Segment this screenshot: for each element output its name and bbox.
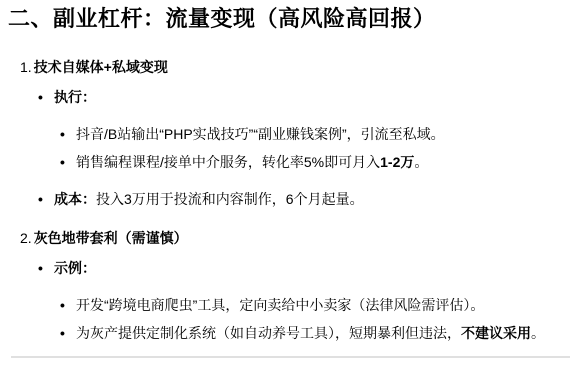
section-1-heading-text: 技术自媒体+私域变现 (34, 57, 168, 77)
list-item-exec: • 执行： • 抖音/B站输出“PHP实战技巧”“副业赚钱案例”，引流至私域。 … (38, 87, 570, 172)
section-2-bullet-list: • 示例： • 开发“跨境电商爬虫”工具，定向卖给中小卖家（法律风险需评估）。 … (38, 258, 570, 343)
section-2: 2. 灰色地带套利（需谨慎） • 示例： • 开发“跨境电商爬虫”工具，定向卖给… (20, 228, 570, 343)
list-item-crawler-content: 开发“跨境电商爬虫”工具，定向卖给中小卖家（法律风险需评估）。 (76, 295, 484, 315)
exec-sub-list: • 抖音/B站输出“PHP实战技巧”“副业赚钱案例”，引流至私域。 • 销售编程… (60, 124, 570, 172)
list-item-sales: • 销售编程课程/接单中介服务，转化率5%即可月入1-2万。 (60, 152, 570, 172)
list-item-cost: • 成本：投入3万用于投流和内容制作，6个月起量。 (38, 189, 570, 209)
list-item-douyin: • 抖音/B站输出“PHP实战技巧”“副业赚钱案例”，引流至私域。 (60, 124, 570, 144)
page-title: 二、副业杠杆：流量变现（高风险高回报） (8, 6, 570, 32)
bold-segment: 1-2万 (380, 154, 414, 170)
list-item-grey-industry-content: 为灰产提供定制化系统（如自动养号工具），短期暴利但违法，不建议采用。 (76, 323, 545, 343)
list-item-exec-row: • 执行： (38, 87, 570, 107)
section-1-heading: 1. 技术自媒体+私域变现 (20, 57, 570, 77)
bottom-divider (11, 356, 570, 358)
list-item-sales-content: 销售编程课程/接单中介服务，转化率5%即可月入1-2万。 (76, 152, 428, 172)
cost-label: 成本： (54, 191, 96, 207)
cost-text: 投入3万用于投流和内容制作，6个月起量。 (96, 191, 364, 207)
text-segment: 开发“跨境电商爬虫”工具，定向卖给中小卖家（法律风险需评估）。 (76, 297, 484, 313)
bullet-marker: • (60, 124, 76, 144)
list-item-example-content: 示例： (54, 258, 96, 278)
section-1-bullet-list: • 执行： • 抖音/B站输出“PHP实战技巧”“副业赚钱案例”，引流至私域。 … (38, 87, 570, 209)
list-item-crawler: • 开发“跨境电商爬虫”工具，定向卖给中小卖家（法律风险需评估）。 (60, 295, 570, 315)
list-item-example-row: • 示例： (38, 258, 570, 278)
section-2-heading: 2. 灰色地带套利（需谨慎） (20, 228, 570, 248)
section-1-number: 1. (20, 57, 34, 77)
document-body: 二、副业杠杆：流量变现（高风险高回报） 1. 技术自媒体+私域变现 • 执行： … (0, 0, 570, 358)
text-segment: 销售编程课程/接单中介服务，转化率5%即可月入 (76, 154, 380, 170)
list-item-grey-industry: • 为灰产提供定制化系统（如自动养号工具），短期暴利但违法，不建议采用。 (60, 323, 570, 343)
example-label: 示例： (54, 260, 96, 276)
example-sub-list: • 开发“跨境电商爬虫”工具，定向卖给中小卖家（法律风险需评估）。 • 为灰产提… (60, 295, 570, 343)
bullet-marker: • (38, 258, 54, 278)
text-segment: 抖音/B站输出“PHP实战技巧”“副业赚钱案例”，引流至私域。 (76, 126, 445, 142)
list-item-exec-content: 执行： (54, 87, 96, 107)
bold-segment: 不建议采用 (461, 325, 531, 341)
text-segment: 为灰产提供定制化系统（如自动养号工具），短期暴利但违法， (76, 325, 461, 341)
section-2-heading-text: 灰色地带套利（需谨慎） (34, 228, 188, 248)
exec-label: 执行： (54, 89, 96, 105)
text-segment: 。 (531, 325, 545, 341)
bullet-marker: • (38, 87, 54, 107)
list-item-example: • 示例： • 开发“跨境电商爬虫”工具，定向卖给中小卖家（法律风险需评估）。 … (38, 258, 570, 343)
section-2-number: 2. (20, 228, 34, 248)
section-1: 1. 技术自媒体+私域变现 • 执行： • 抖音/B站输出“PHP实战技巧”“副… (20, 57, 570, 209)
list-item-cost-content: 成本：投入3万用于投流和内容制作，6个月起量。 (54, 189, 364, 209)
list-item-douyin-content: 抖音/B站输出“PHP实战技巧”“副业赚钱案例”，引流至私域。 (76, 124, 445, 144)
bullet-marker: • (60, 295, 76, 315)
bullet-marker: • (60, 323, 76, 343)
text-segment: 。 (414, 154, 428, 170)
bullet-marker: • (38, 189, 54, 209)
bullet-marker: • (60, 152, 76, 172)
